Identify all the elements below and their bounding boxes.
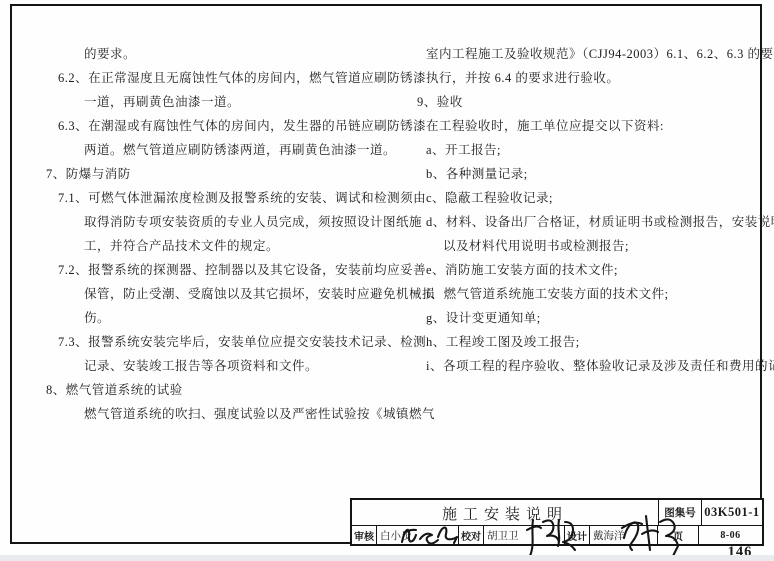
text-line: 7、防爆与消防 bbox=[46, 162, 386, 186]
text-line: 室内工程施工及验收规范》（CJJ94-2003）6.1、6.2、6.3 的要求 bbox=[417, 42, 767, 66]
text-line: d、材料、设备出厂合格证，材质证明书或检测报告，安装说明书， bbox=[417, 210, 767, 234]
text-line: 7.1、可燃气体泄漏浓度检测及报警系统的安装、调试和检测须由 bbox=[46, 186, 386, 210]
checker-name: 胡卫卫 bbox=[483, 526, 564, 544]
bottom-edge-strip bbox=[0, 555, 774, 561]
text-line: 伤。 bbox=[46, 306, 386, 330]
text-line: 执行，并按 6.4 的要求进行验收。 bbox=[417, 66, 767, 90]
text-line: 以及材料代用说明书或检测报告; bbox=[417, 234, 767, 258]
text-line: 7.3、报警系统安装完毕后，安装单位应提交安装技术记录、检测 bbox=[46, 330, 386, 354]
text-line: 燃气管道系统的吹扫、强度试验以及严密性试验按《城镇燃气 bbox=[46, 402, 386, 426]
text-line: 6.2、在正常湿度且无腐蚀性气体的房间内，燃气管道应刷防锈漆 bbox=[46, 66, 386, 90]
text-line: 8、燃气管道系统的试验 bbox=[46, 378, 386, 402]
atlas-number-value: 03K501-1 bbox=[701, 500, 762, 525]
title-block-top-row: 施工安装说明 图集号 03K501-1 bbox=[352, 500, 762, 526]
design-label: 设计 bbox=[564, 526, 589, 544]
designer-name: 戴海洋 bbox=[589, 526, 657, 544]
text-line: f、燃气管道系统施工安装方面的技术文件; bbox=[417, 282, 767, 306]
title-block: 施工安装说明 图集号 03K501-1 审核 白小步 校对 胡卫卫 设计 戴海洋… bbox=[350, 498, 764, 546]
text-line: 在工程验收时，施工单位应提交以下资料: bbox=[417, 114, 767, 138]
text-line: 两道。燃气管道应刷防锈漆两道，再刷黄色油漆一道。 bbox=[46, 138, 386, 162]
text-line: 记录、安装竣工报告等各项资料和文件。 bbox=[46, 354, 386, 378]
text-line: g、设计变更通知单; bbox=[417, 306, 767, 330]
text-line: 7.2、报警系统的探测器、控制器以及其它设备，安装前均应妥善 bbox=[46, 258, 386, 282]
text-line: a、开工报告; bbox=[417, 138, 767, 162]
text-line: 9、验收 bbox=[417, 90, 767, 114]
check-label: 校对 bbox=[458, 526, 483, 544]
title-block-bottom-row: 审核 白小步 校对 胡卫卫 设计 戴海洋 页 8-06 bbox=[352, 526, 762, 544]
page-code-value: 8-06 bbox=[698, 526, 762, 544]
page-label: 页 bbox=[657, 526, 698, 544]
text-line: b、各种测量记录; bbox=[417, 162, 767, 186]
left-text-column: 的要求。6.2、在正常湿度且无腐蚀性气体的房间内，燃气管道应刷防锈漆一道，再刷黄… bbox=[46, 42, 386, 426]
drawing-title: 施工安装说明 bbox=[352, 500, 658, 525]
text-line: 6.3、在潮湿或有腐蚀性气体的房间内，发生器的吊链应刷防锈漆 bbox=[46, 114, 386, 138]
reviewer-name: 白小步 bbox=[376, 526, 458, 544]
text-line: 取得消防专项安装资质的专业人员完成，须按照设计图纸施 bbox=[46, 210, 386, 234]
review-label: 审核 bbox=[352, 526, 376, 544]
atlas-number-label: 图集号 bbox=[658, 500, 701, 525]
right-text-column: 室内工程施工及验收规范》（CJJ94-2003）6.1、6.2、6.3 的要求执… bbox=[417, 42, 767, 378]
scanned-document-page: 的要求。6.2、在正常湿度且无腐蚀性气体的房间内，燃气管道应刷防锈漆一道，再刷黄… bbox=[0, 0, 774, 561]
text-line: 的要求。 bbox=[46, 42, 386, 66]
text-line: 工，并符合产品技术文件的规定。 bbox=[46, 234, 386, 258]
text-line: c、隐蔽工程验收记录; bbox=[417, 186, 767, 210]
text-line: 保管，防止受潮、受腐蚀以及其它损坏，安装时应避免机械损 bbox=[46, 282, 386, 306]
text-line: h、工程竣工图及竣工报告; bbox=[417, 330, 767, 354]
text-line: 一道，再刷黄色油漆一道。 bbox=[46, 90, 386, 114]
text-line: e、消防施工安装方面的技术文件; bbox=[417, 258, 767, 282]
text-line: i、各项工程的程序验收、整体验收记录及涉及责任和费用的记录。 bbox=[417, 354, 767, 378]
